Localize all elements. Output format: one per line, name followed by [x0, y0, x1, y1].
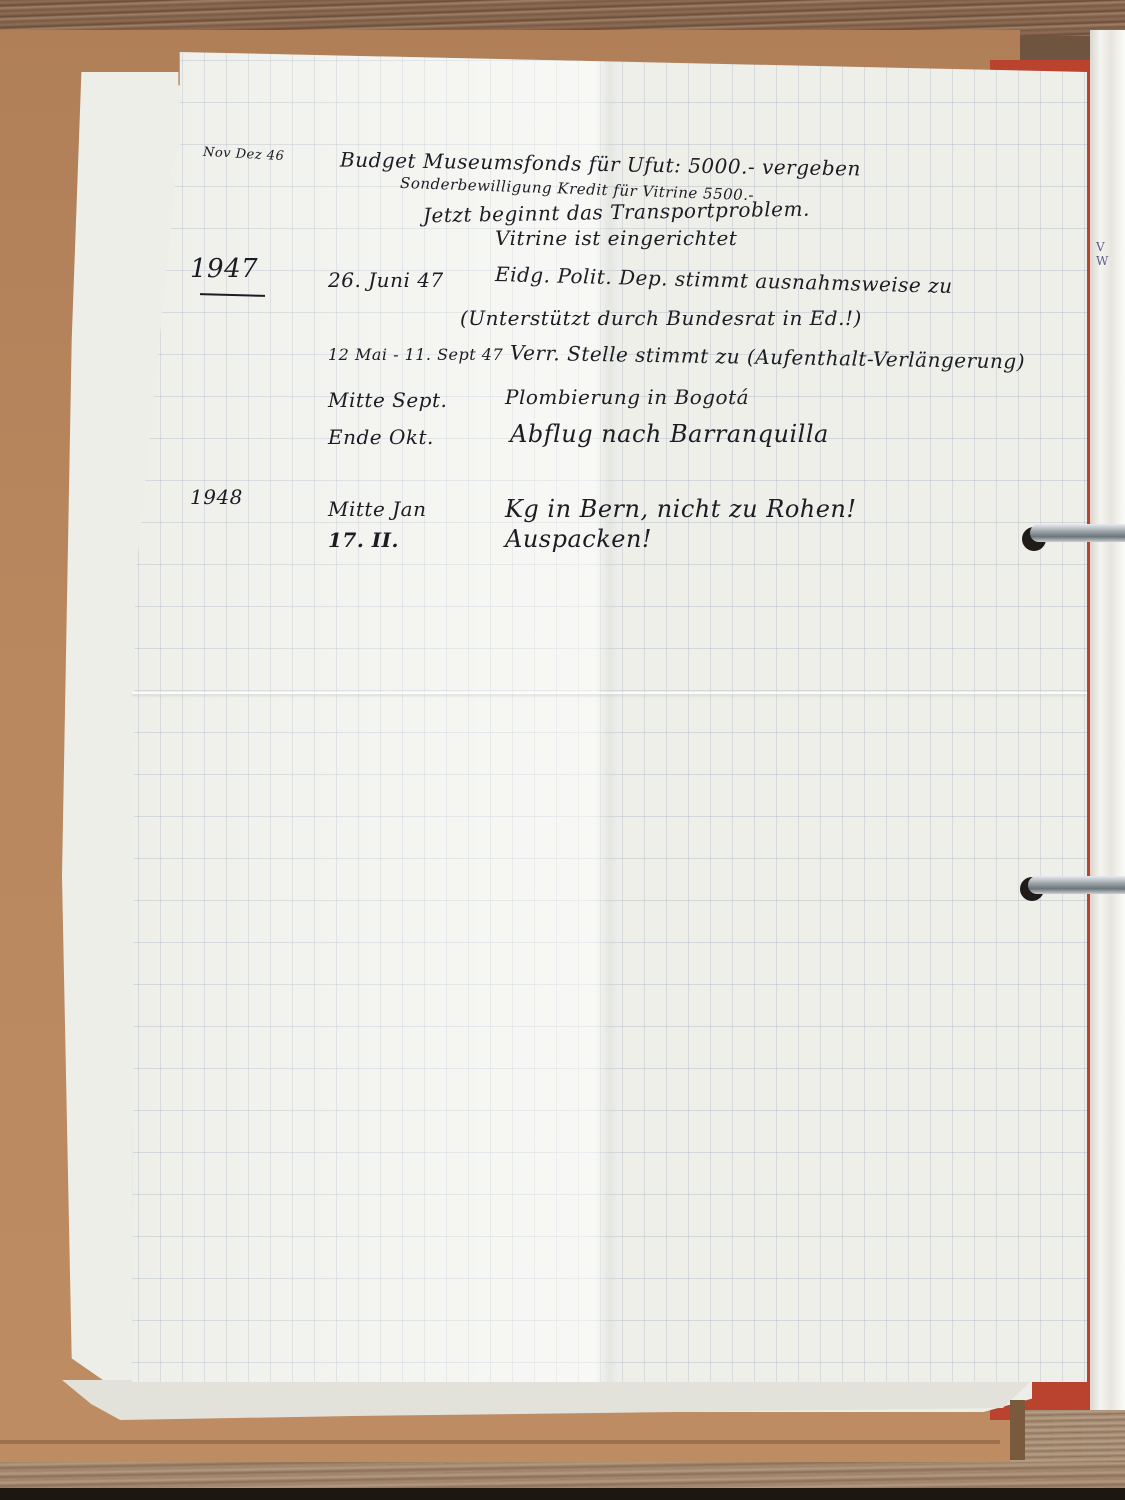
grid-paper-sheet: [132, 52, 1087, 1382]
entry-date: Mitte Sept.: [328, 388, 447, 412]
wooden-table-corner: [1010, 1410, 1125, 1470]
binder-ring-lower[interactable]: [1028, 876, 1125, 894]
year-heading-1947: 1947: [190, 254, 258, 284]
table-shadow: [0, 1488, 1125, 1500]
binder-spine: [1010, 1400, 1025, 1460]
paper-fold-line: [132, 692, 1087, 694]
entry-line: Abflug nach Barranquilla: [510, 420, 829, 448]
entry-date: 12 Mai - 11. Sept 47: [328, 345, 503, 364]
binder-paper-stack: [1090, 30, 1125, 1410]
year-heading-1948: 1948: [190, 485, 243, 509]
binder-ring-upper[interactable]: [1030, 524, 1125, 542]
folder-crease: [0, 1440, 1000, 1444]
stack-letter: V: [1096, 240, 1105, 254]
stack-letter: W: [1096, 254, 1108, 268]
entry-date: Ende Okt.: [328, 425, 434, 449]
entry-date: 17. II.: [328, 528, 399, 552]
entry-line: Kg in Bern, nicht zu Rohen!: [505, 495, 857, 523]
entry-date: 26. Juni 47: [328, 268, 444, 292]
entry-line: Vitrine ist eingerichtet: [495, 226, 737, 250]
entry-date: Mitte Jan: [328, 497, 426, 521]
entry-line: (Unterstützt durch Bundesrat in Ed.!): [460, 306, 862, 330]
entry-line: Plombierung in Bogotá: [505, 385, 749, 409]
entry-line: Auspacken!: [505, 525, 652, 553]
